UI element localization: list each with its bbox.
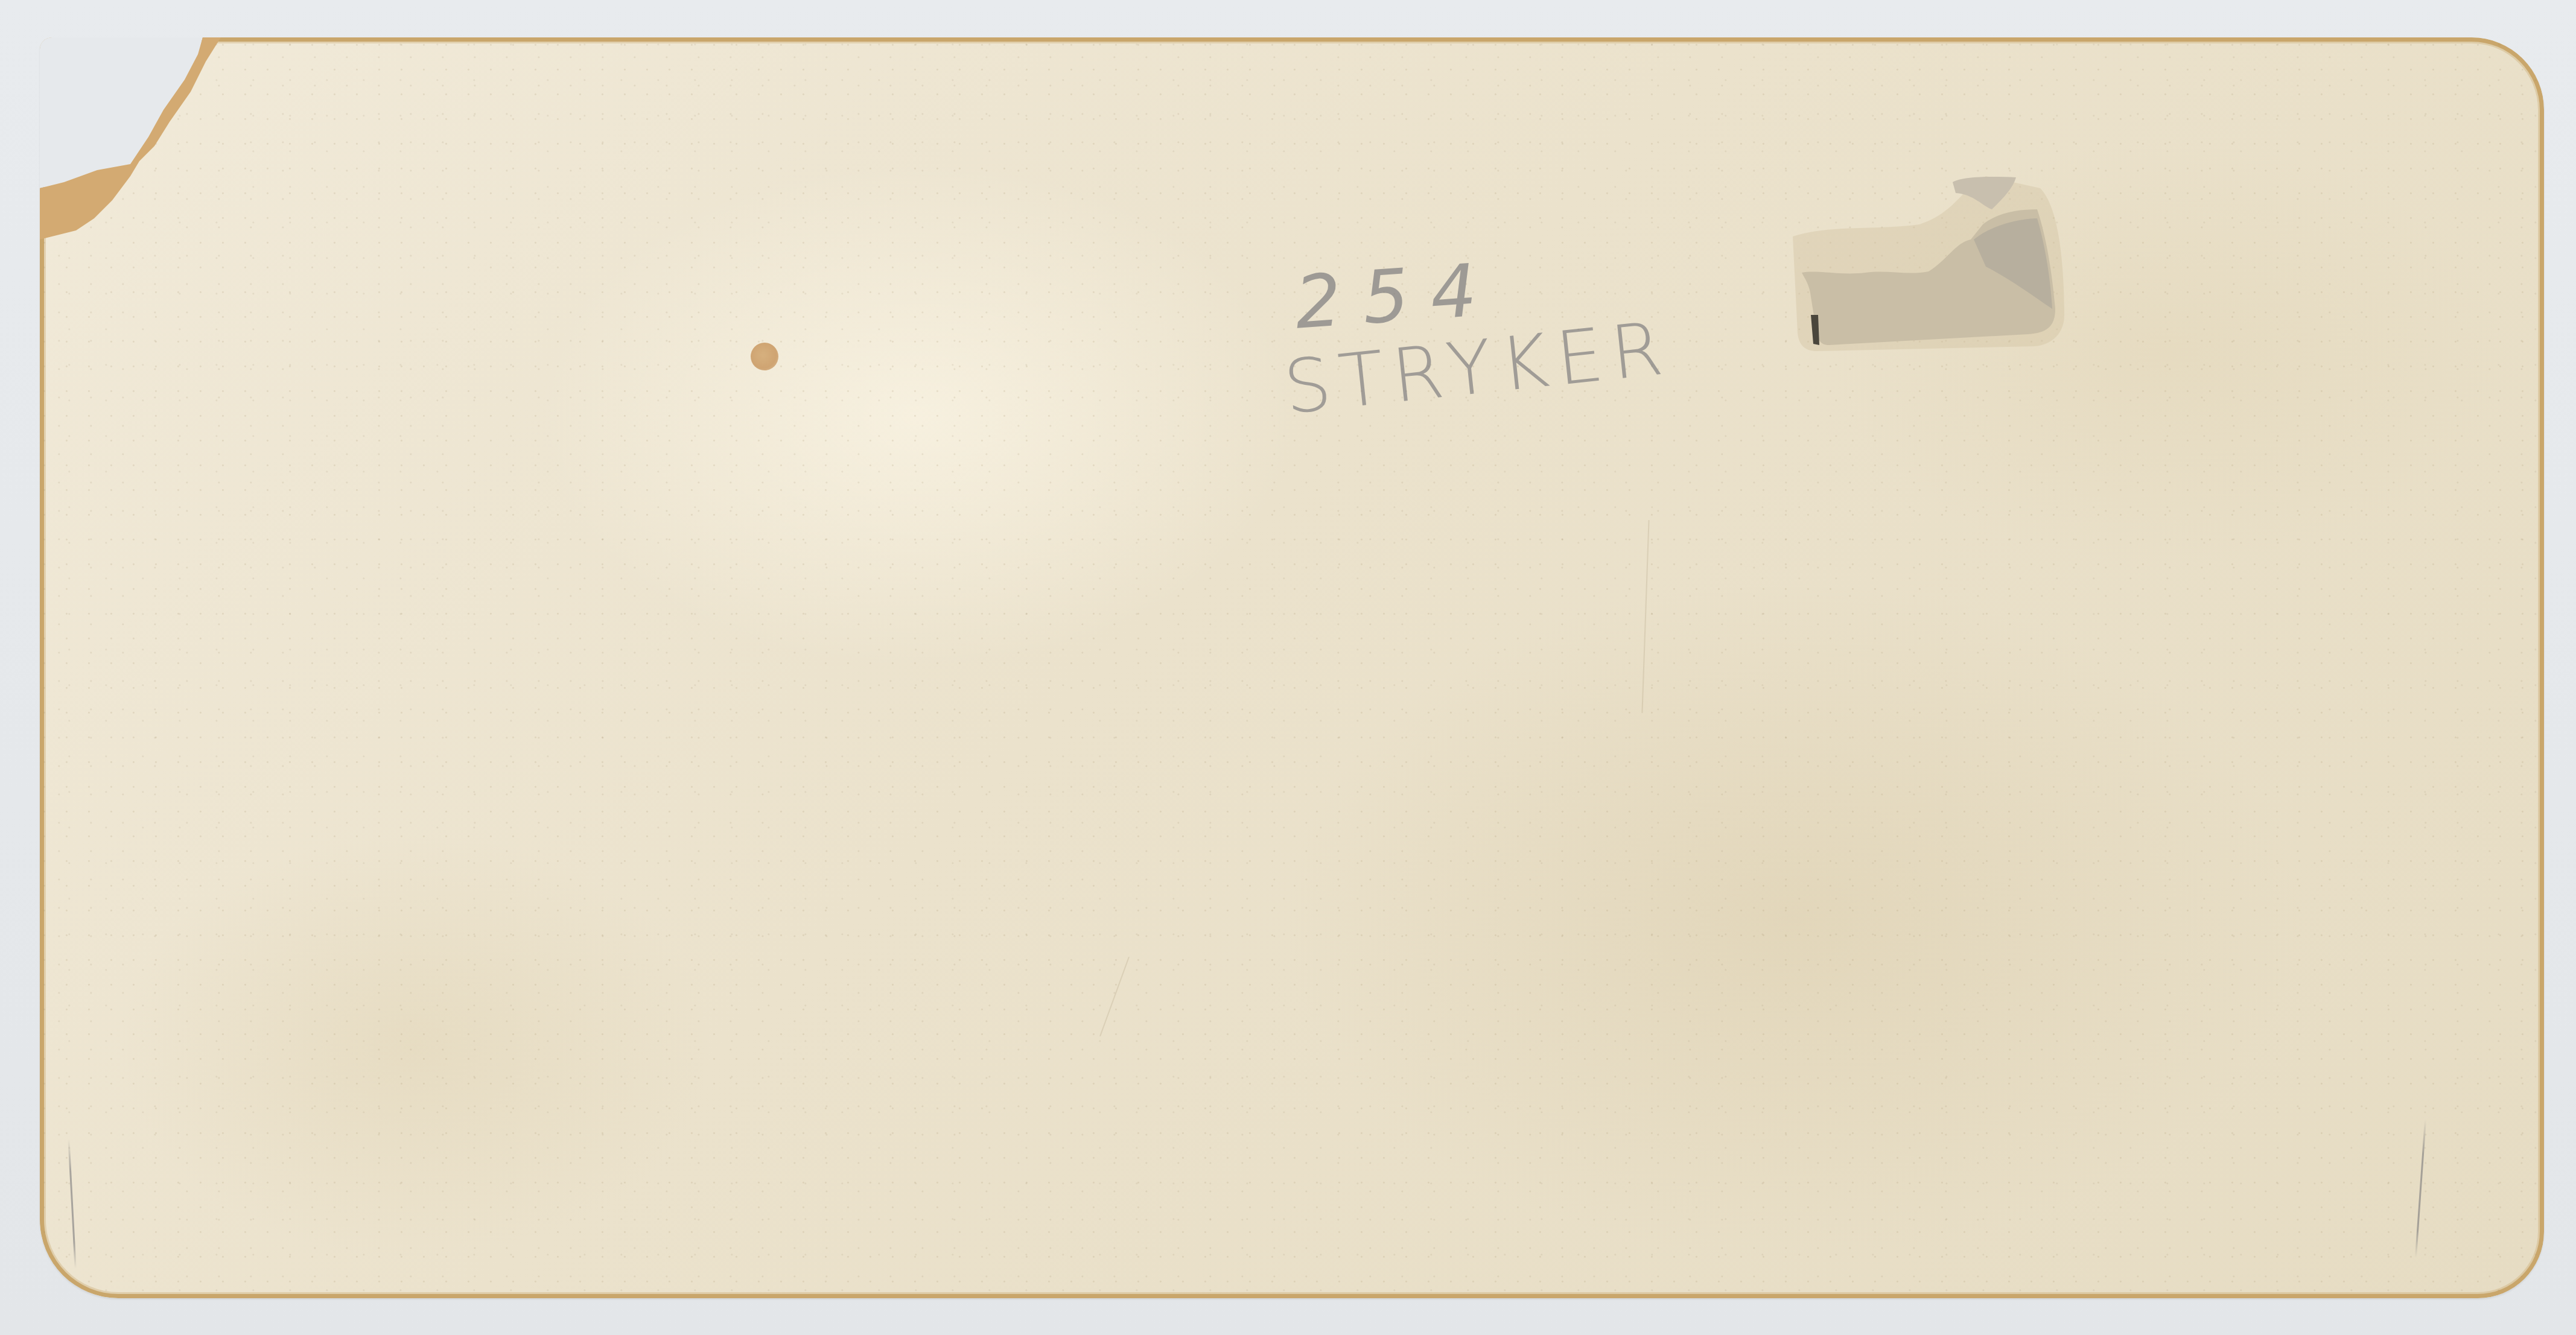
crease-mark: [1641, 520, 1649, 713]
stereoview-card-back: 254 STRYKER: [40, 37, 2544, 1298]
torn-corner: [40, 37, 257, 255]
paper-texture: [40, 37, 2544, 1298]
rust-spot: [751, 343, 778, 370]
tape-remnant: [1781, 152, 2070, 357]
crease-mark: [1099, 957, 1130, 1036]
handwritten-annotation: 254 STRYKER: [1271, 255, 1754, 484]
